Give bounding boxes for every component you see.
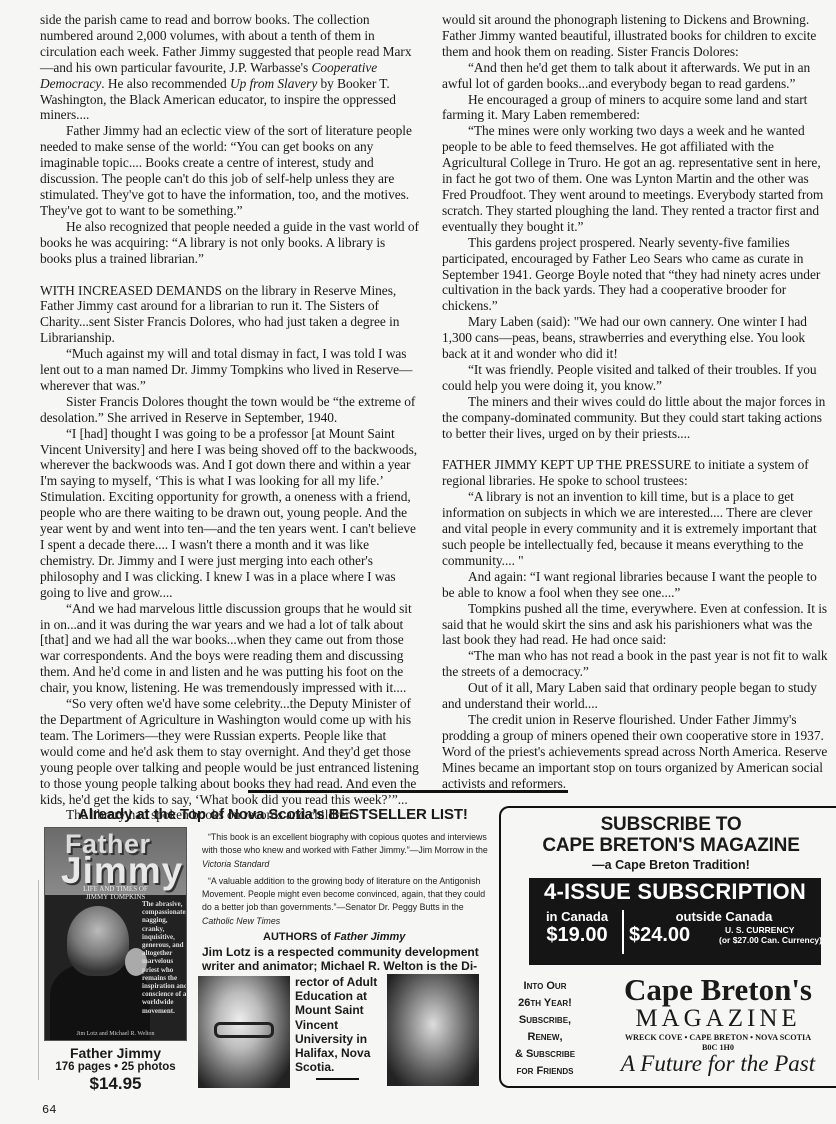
article-right-column: would sit around the phonograph listenin…: [442, 12, 830, 792]
book-price: $14.95: [44, 1074, 187, 1094]
paragraph: The credit union in Reserve flourished. …: [442, 712, 830, 792]
book-cover-image: Father Jimmy LIFE AND TIMES OFJIMMY TOMP…: [44, 827, 187, 1041]
canada-label: in Canada: [535, 909, 619, 924]
article-left-column: side the parish came to read and borrow …: [40, 12, 420, 823]
glasses-icon: [214, 1022, 274, 1038]
section-lead: FATHER JIMMY KEPT UP THE PRESSURE: [442, 457, 691, 472]
subscription-advertisement: SUBSCRIBE TO CAPE BRETON'S MAGAZINE —a C…: [499, 806, 836, 1088]
paragraph: would sit around the phonograph listenin…: [442, 12, 830, 60]
paragraph: “The man who has not read a book in the …: [442, 648, 830, 680]
cover-figure-head: [67, 906, 129, 976]
cover-subtitle: LIFE AND TIMES OFJIMMY TOMPKINS: [45, 885, 186, 901]
paragraph: And again: “I want regional libraries be…: [442, 569, 830, 601]
paragraph: “It was friendly. People visited and tal…: [442, 362, 830, 394]
paragraph: “And we had marvelous little discussion …: [40, 601, 420, 696]
magazine-address: WRECK COVE • CAPE BRETON • NOVA SCOTIAB0…: [595, 1033, 836, 1053]
author-photo-michael-welton: [387, 974, 479, 1086]
author-photo-jim-lotz: [198, 976, 290, 1088]
paragraph: Sister Francis Dolores thought the town …: [40, 394, 420, 426]
authors-bio-continued: rector of Adult Education at Mount Saint…: [295, 975, 385, 1074]
magazine-slogan: A Future for the Past: [595, 1051, 836, 1077]
canada-price: $19.00: [535, 924, 619, 947]
paragraph: side the parish came to read and borrow …: [40, 12, 420, 123]
sub-heading-line2: CAPE BRETON'S MAGAZINE: [501, 835, 836, 856]
paragraph: He also recognized that people needed a …: [40, 219, 420, 267]
paragraph: This gardens project prospered. Nearly s…: [442, 235, 830, 315]
magazine-logo-name: Cape Breton's: [595, 973, 836, 1007]
paragraph: Tompkins pushed all the time, everywhere…: [442, 601, 830, 649]
page-number: 64: [42, 1103, 56, 1117]
subscribe-callout: Into Our 26th Year! Subscribe, Renew, & …: [505, 978, 585, 1080]
review-quote: “This book is an excellent biography wit…: [202, 831, 492, 871]
paragraph: Out of it all, Mary Laben said that ordi…: [442, 680, 830, 712]
paragraph: Mary Laben (said): "We had our own canne…: [442, 314, 830, 362]
book-title: Father Jimmy: [44, 1045, 187, 1061]
paragraph: “And then he'd get them to talk about it…: [442, 60, 830, 92]
subscription-price-box: 4-ISSUE SUBSCRIPTION in Canada $19.00 ou…: [529, 878, 821, 965]
magazine-logo-word: MAGAZINE: [595, 1005, 836, 1033]
section-lead: WITH INCREASED DEMANDS: [40, 283, 222, 298]
currency-note: U. S. CURRENCY(or $27.00 Can. Currency): [719, 925, 829, 945]
paragraph: He encouraged a group of miners to acqui…: [442, 92, 830, 124]
divider-rule: [248, 790, 568, 793]
authors-heading: AUTHORS of Father Jimmy: [263, 931, 405, 943]
outside-canada-price: $24.00: [629, 924, 690, 947]
paragraph: Father Jimmy had an eclectic view of the…: [40, 123, 420, 218]
sub-heading-line1: SUBSCRIBE TO: [501, 814, 836, 835]
sub-tagline: —a Cape Breton Tradition!: [501, 858, 836, 872]
price-divider: [622, 910, 624, 954]
review-quote: “A valuable addition to the growing body…: [202, 875, 492, 928]
price-box-title: 4-ISSUE SUBSCRIPTION: [529, 879, 821, 905]
cover-authors: Jim Lotz and Michael R. Welton: [45, 1031, 186, 1037]
outside-canada-label: outside Canada: [629, 909, 819, 924]
book-meta: 176 pages • 25 photos: [44, 1061, 187, 1073]
ad-headline: Already at the Top of Nova Scotia's BEST…: [78, 806, 468, 823]
authors-bio: Jim Lotz is a respected community develo…: [202, 945, 492, 973]
section-lead-paragraph: WITH INCREASED DEMANDS on the library in…: [40, 283, 420, 347]
review-quotes: “This book is an excellent biography wit…: [202, 831, 492, 932]
paragraph: “I [had] thought I was going to be a pro…: [40, 426, 420, 601]
divider-rule: [316, 1078, 359, 1080]
book-advertisement: Already at the Top of Nova Scotia's BEST…: [30, 800, 490, 1100]
paragraph: “The mines were only working two days a …: [442, 123, 830, 234]
paragraph: “Much against my will and total dismay i…: [40, 346, 420, 394]
cover-blurb: The abrasive, compassionate, nagging, cr…: [142, 900, 187, 1015]
paragraph: “A library is not an invention to kill t…: [442, 489, 830, 569]
section-lead-paragraph: FATHER JIMMY KEPT UP THE PRESSURE to ini…: [442, 457, 830, 489]
paragraph: The miners and their wives could do litt…: [442, 394, 830, 442]
